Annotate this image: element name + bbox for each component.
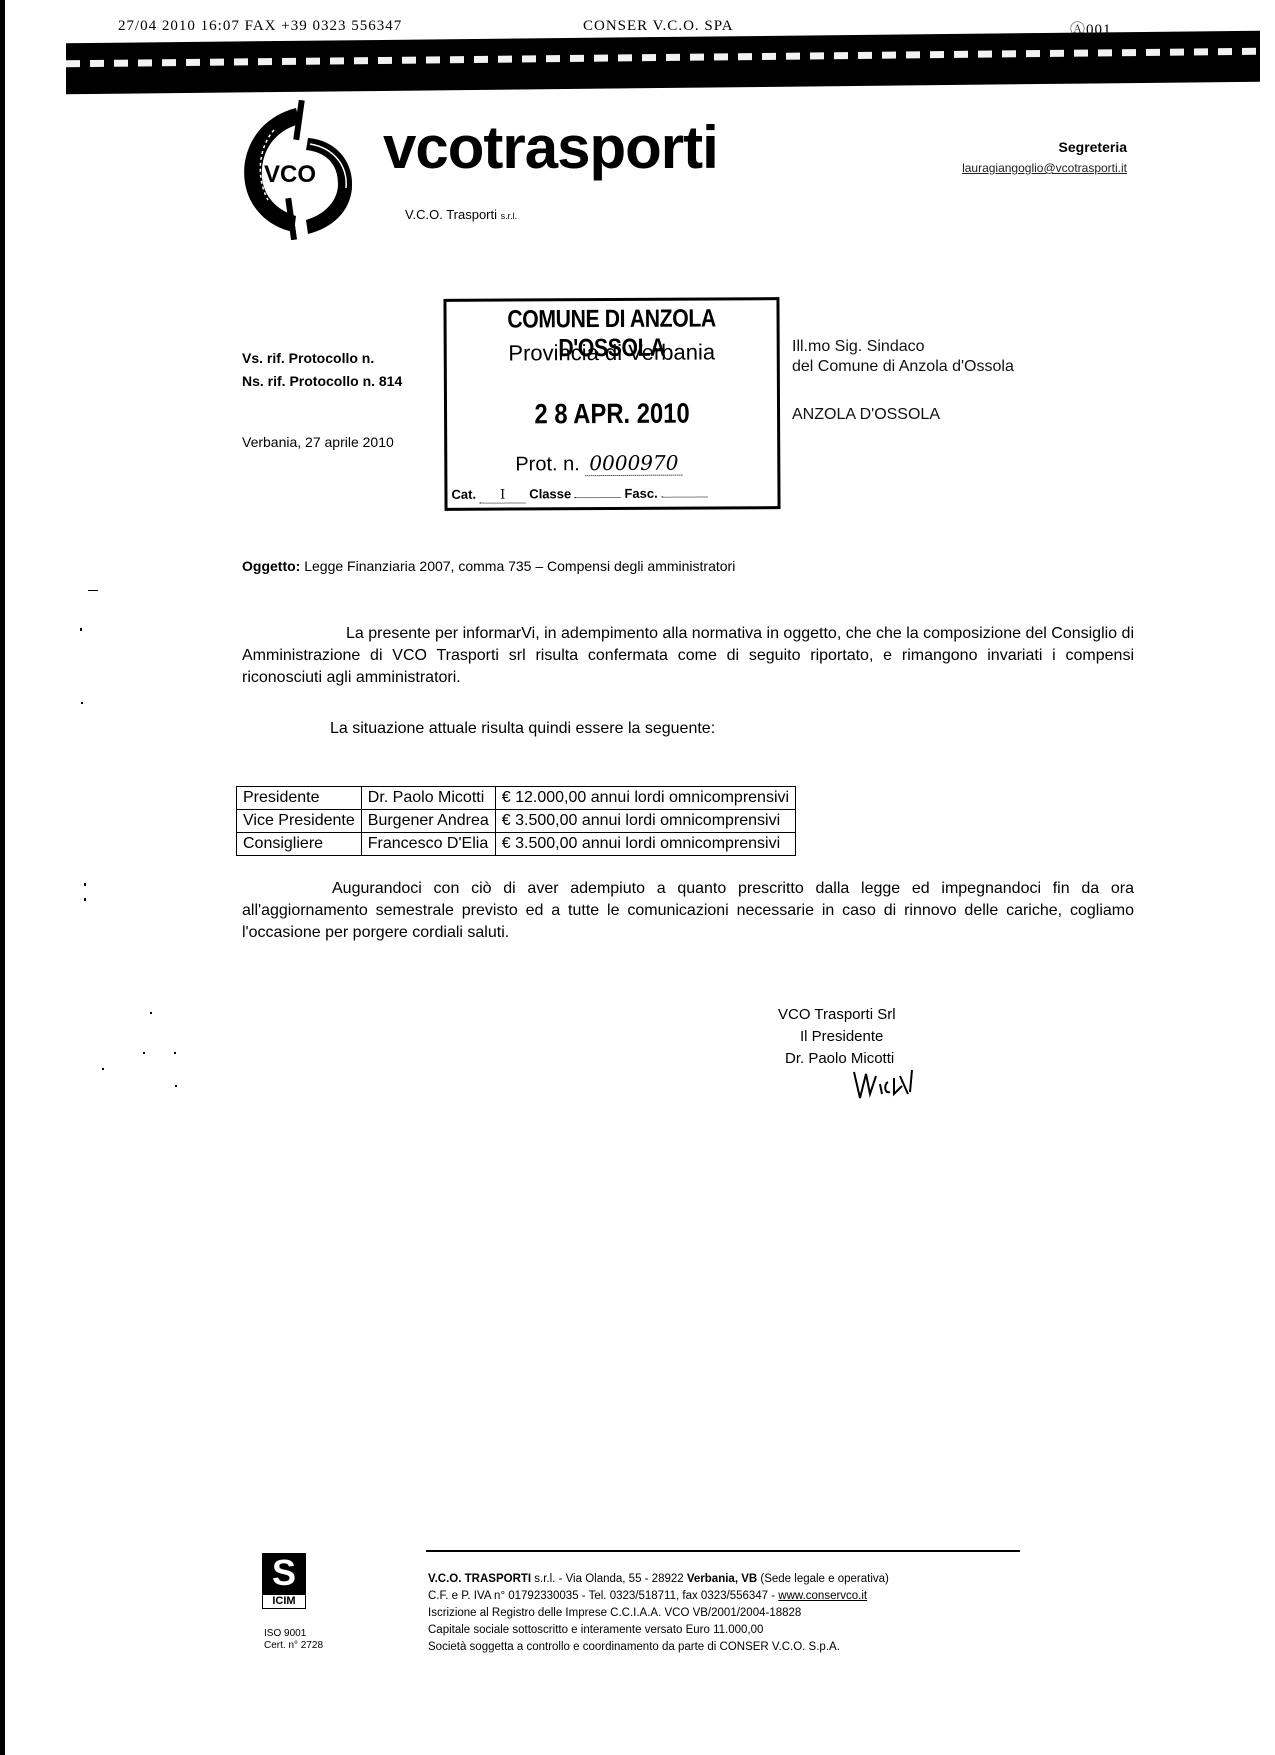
stamp-classification: Cat. I Classe Fasc. [451,485,773,504]
cell-name: Francesco D'Elia [361,833,495,856]
scan-speck [84,898,86,901]
recipient-city: ANZOLA D'OSSOLA [792,406,940,424]
scan-speck [80,628,82,631]
cell-name: Burgener Andrea [361,810,495,833]
footer-divider [426,1550,1020,1552]
our-reference: Ns. rif. Protocollo n. 814 [242,373,402,389]
stamp-province: Provincia di Verbania [447,339,777,367]
stamp-category-value: I [480,487,526,503]
footer-line-2: C.F. e P. IVA n° 01792330035 - Tel. 0323… [428,1588,889,1605]
scan-speck [88,590,98,591]
scan-speck [84,883,86,886]
footer-line-1: V.C.O. TRASPORTI s.r.l. - Via Olanda, 55… [428,1571,889,1588]
cell-role: Presidente [237,787,362,810]
scan-left-edge [0,0,5,1755]
signature-title: Il Presidente [760,1026,980,1048]
fax-noise-band [66,31,1260,95]
cell-compensation: € 3.500,00 annui lordi omnicomprensivi [495,810,795,833]
stamp-date: 2 8 APR. 2010 [472,397,753,430]
table-row: Vice PresidenteBurgener Andrea€ 3.500,00… [237,810,796,833]
place-date: Verbania, 27 aprile 2010 [242,434,394,450]
footer-website-link[interactable]: www.conservco.it [778,1590,867,1602]
scan-speck [174,1052,176,1054]
brand-name: vcotrasporti [383,118,718,178]
your-reference: Vs. rif. Protocollo n. [242,350,374,366]
department-email-link[interactable]: lauragiangoglio@vcotrasporti.it [962,161,1127,175]
scan-speck [102,1068,104,1070]
board-compensation-table: PresidenteDr. Paolo Micotti€ 12.000,00 a… [236,786,796,856]
subject-label: Oggetto: [242,558,300,574]
cell-role: Vice Presidente [237,810,362,833]
cell-compensation: € 12.000,00 annui lordi omnicomprensivi [495,787,795,810]
signature-block: VCO Trasporti Srl Il Presidente Dr. Paol… [760,1004,980,1070]
fax-sender: CONSER V.C.O. SPA [583,18,734,35]
brand-subtitle: V.C.O. Trasporti s.r.l. [405,207,517,222]
body-paragraph-2: La situazione attuale risulta quindi ess… [330,718,1222,740]
svg-text:VCO: VCO [264,161,316,188]
cell-name: Dr. Paolo Micotti [361,787,495,810]
footer-line-4: Capitale sociale sottoscritto e interame… [428,1622,889,1639]
signature-company: VCO Trasporti Srl [760,1004,980,1026]
handwritten-signature-icon [850,1064,930,1104]
scan-speck [81,702,83,704]
cell-role: Consigliere [237,833,362,856]
subject-line: Oggetto: Legge Finanziaria 2007, comma 7… [242,558,735,574]
department-label: Segreteria [1059,139,1127,155]
fax-dash-pattern [66,48,1260,68]
fax-timestamp: 27/04 2010 16:07 FAX +39 0323 556347 [118,18,402,35]
scan-speck [175,1085,177,1087]
subject-text: Legge Finanziaria 2007, comma 735 – Comp… [304,558,735,574]
stamp-protocol: Prot. n. 0000970 [515,451,682,477]
recipient-line-1: Ill.mo Sig. Sindaco [792,338,925,356]
icim-certification-logo-icon: S ICIM [262,1553,306,1609]
scan-speck [150,1012,152,1014]
company-footer: V.C.O. TRASPORTI s.r.l. - Via Olanda, 55… [428,1571,889,1656]
protocol-stamp: COMUNE DI ANZOLA D'OSSOLA Provincia di V… [443,297,780,511]
footer-line-3: Iscrizione al Registro delle Imprese C.C… [428,1605,889,1622]
footer-line-5: Società soggetta a controllo e coordinam… [428,1639,889,1656]
stamp-protocol-number: 0000970 [585,451,682,477]
iso-certification: ISO 9001 Cert. n° 2728 [264,1628,323,1652]
cell-compensation: € 3.500,00 annui lordi omnicomprensivi [495,833,795,856]
recipient-line-2: del Comune di Anzola d'Ossola [792,358,1014,376]
body-paragraph-1: La presente per informarVi, in adempimen… [242,623,1134,689]
scan-speck [143,1052,145,1054]
table-row: PresidenteDr. Paolo Micotti€ 12.000,00 a… [237,787,796,810]
vco-logo-icon: VCO [236,100,376,240]
body-paragraph-3: Augurandoci con ciò di aver adempiuto a … [242,878,1134,944]
table-row: ConsigliereFrancesco D'Elia€ 3.500,00 an… [237,833,796,856]
